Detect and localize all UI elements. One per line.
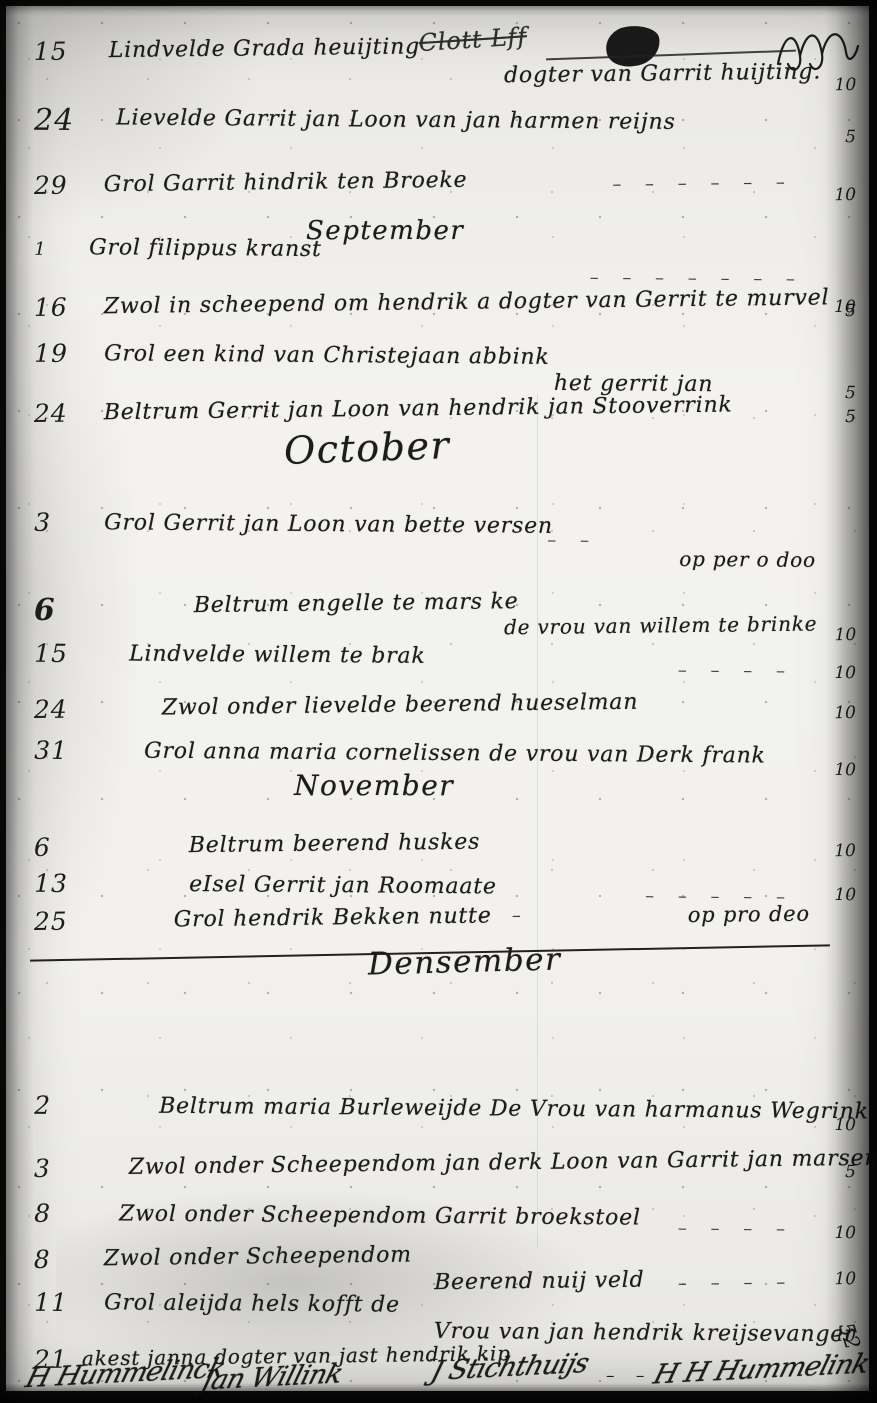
register-entry: 24 Beltrum Gerrit jan Loon van hendrik j… (34, 389, 861, 459)
entry-text: Lindvelde Grada heuijting (109, 34, 421, 63)
entry-text: Grol een kind van Christejaan abbink (104, 341, 550, 369)
entry-text: Beltrum beerend huskes (189, 830, 481, 859)
entry-dashes: – – – – (678, 660, 794, 682)
entry-amount: 10 (834, 1269, 856, 1289)
register-entry: 15 Lindvelde Grada heuijting Clott Lff d… (34, 27, 861, 109)
entry-amount: 10 (834, 1115, 856, 1135)
entry-dashes: – – – – – – (612, 172, 794, 195)
signature: H H Hummelink (650, 1349, 872, 1391)
entry-dashes: – – (547, 530, 598, 551)
entry-day: 6 (34, 593, 56, 628)
entry-fee-note: op per o doo (679, 547, 816, 572)
signature: H Hummelinck (22, 1353, 228, 1394)
entry-text: Grol Gerrit jan Loon van bette versen (104, 510, 553, 539)
entry-day: 11 (34, 1288, 68, 1317)
entry-dashes: – – – – (678, 1272, 794, 1294)
entry-day: 3 (34, 508, 51, 537)
entry-struck-text: Clott Lff (418, 22, 528, 57)
entry-day: 29 (34, 171, 68, 200)
entry-fee-note: op pro deo (688, 902, 810, 927)
entry-text: Beltrum maria Burleweijde De Vrou van ha… (159, 1094, 869, 1125)
entry-text: Grol filippus kranst (89, 235, 322, 262)
signature-dashes: – – (606, 1366, 652, 1386)
paper: September October November Densember 15 … (6, 6, 869, 1391)
register-entry: 31 Grol anna maria cornelissen de vrou v… (34, 736, 860, 802)
entry-day: 16 (34, 293, 68, 322)
entry-text: eIsel Gerrit jan Roomaate (189, 872, 497, 899)
entry-day: 19 (34, 339, 68, 368)
entry-amount: 5 (845, 1162, 856, 1182)
entry-amount: 10 (834, 841, 856, 861)
entry-day: 3 (34, 1154, 51, 1183)
entry-day: 8 (34, 1245, 51, 1274)
entry-day: 1 (34, 239, 47, 260)
entry-amount: 10 (834, 75, 856, 95)
entry-text: Beltrum Gerrit jan Loon van hendrik jan … (104, 393, 733, 426)
entry-day: 8 (34, 1199, 51, 1228)
entry-text: Grol Garrit hindrik ten Broeke (104, 168, 468, 197)
register-entry: 25 Grol hendrik Bekken nutte – – op pro … (34, 897, 861, 967)
entry-text: Lievelde Garrit jan Loon van jan harmen … (116, 105, 676, 134)
entry-amount: 5 (845, 301, 856, 321)
entry-day: 25 (34, 907, 68, 936)
entry-amount: 10 (834, 185, 856, 205)
register-entry: 3 Grol Gerrit jan Loon van bette versen … (34, 508, 861, 584)
entry-amount: 10 (834, 760, 856, 780)
entry-day: 15 (34, 639, 68, 668)
entry-amount: 10 (834, 703, 856, 723)
entry-text: Lindvelde willem te brak (129, 642, 426, 669)
entry-text: Zwol in scheepend om hendrik a dogter va… (104, 285, 830, 319)
entry-day: 24 (34, 695, 68, 724)
entry-day: 2 (34, 1091, 51, 1120)
entry-day: 24 (34, 399, 68, 428)
entry-text: Grol hendrik Bekken nutte (174, 903, 492, 932)
register-entry: 29 Grol Garrit hindrik ten Broeke – – – … (34, 161, 861, 231)
signature: J Stichthuijs (428, 1348, 592, 1387)
entry-text: Grol anna maria cornelissen de vrou van … (144, 739, 766, 769)
entry-text: Zwol onder Scheependom Garrit broekstoel (119, 1201, 641, 1230)
entry-amount: 10 (834, 663, 856, 683)
signature: Jan Willink (198, 1358, 346, 1396)
entry-text: Zwol onder Scheependom (104, 1242, 412, 1271)
entry-dashes: – – (479, 905, 530, 927)
entry-text: Beltrum engelle te mars ke (194, 589, 519, 618)
register-entry: 24 Lievelde Garrit jan Loon van jan harm… (34, 103, 860, 169)
entry-day: 31 (34, 736, 68, 765)
scanned-register-page: September October November Densember 15 … (0, 0, 877, 1403)
entry-day: 15 (34, 37, 68, 66)
entry-text: Zwol onder Scheependom jan derk Loon van… (129, 1146, 877, 1180)
entry-day: 13 (34, 869, 68, 898)
entry-text: Grol aleijda hels kofft de (104, 1290, 400, 1317)
entry-text-line2: de vrou van willem te brinke (504, 611, 818, 639)
entry-amount: 10 (834, 625, 856, 645)
entry-amount: 5 (845, 127, 856, 147)
entry-amount: 5 (845, 407, 856, 427)
entry-day: 24 (34, 103, 74, 138)
entry-text: Zwol onder lievelde beerend hueselman (162, 690, 639, 721)
entry-text-line2: dogter van Garrit huijting. (504, 59, 821, 88)
signature-row: H Hummelinck Jan Willink J Stichthuijs –… (28, 1350, 862, 1403)
entry-day: 6 (34, 833, 51, 862)
